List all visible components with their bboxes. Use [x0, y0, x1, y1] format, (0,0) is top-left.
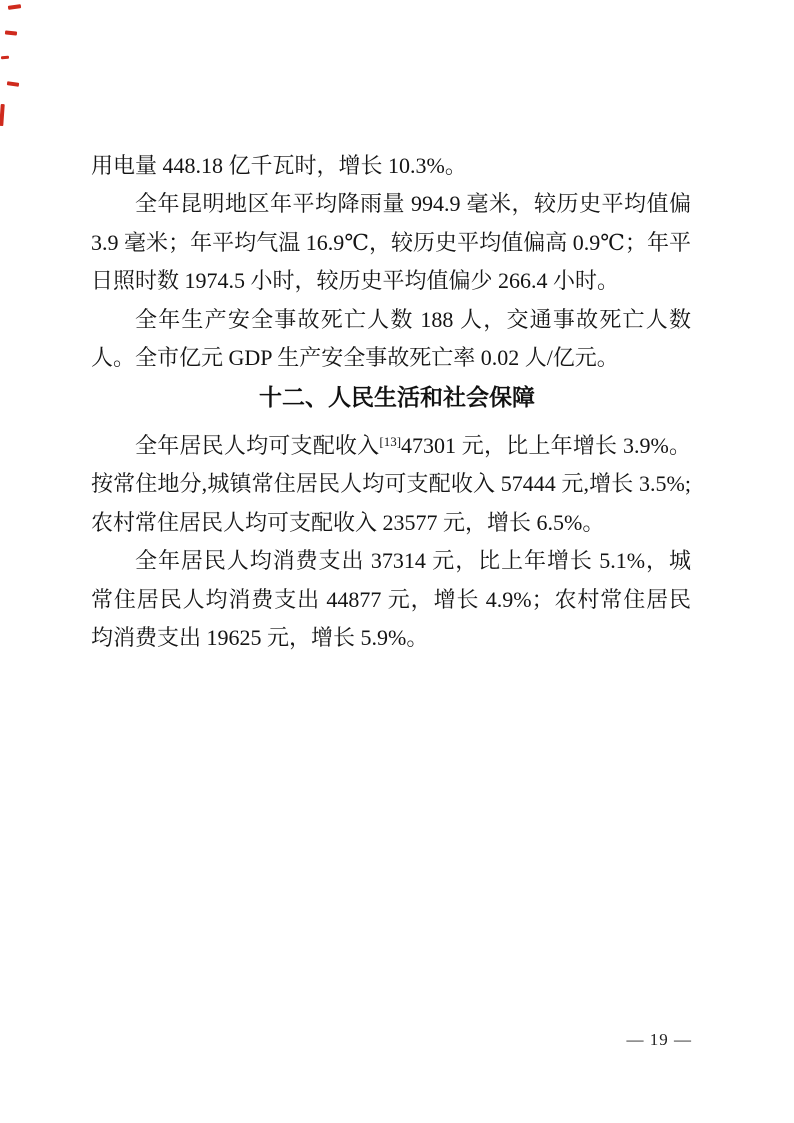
body-line: 均消费支出 19625 元，增长 5.9%。: [91, 619, 691, 657]
page-number: — 19 —: [627, 1030, 693, 1050]
body-block-income-consumption: 全年居民人均可支配收入[13]47301 元，比上年增长 3.9%。 按常住地分…: [91, 427, 691, 657]
body-line: 按常住地分,城镇常住居民人均可支配收入 57444 元,增长 3.5%;: [91, 465, 691, 503]
body-line: 日照时数 1974.5 小时，较历史平均值偏少 266.4 小时。: [91, 262, 691, 300]
body-line: 全年昆明地区年平均降雨量 994.9 毫米，较历史平均值偏多: [91, 185, 691, 223]
red-mark-icon: [5, 30, 17, 35]
body-line: 全年居民人均可支配收入[13]47301 元，比上年增长 3.9%。: [91, 427, 691, 465]
red-mark-icon: [8, 4, 21, 10]
income-line-post: 47301 元，比上年增长 3.9%。: [401, 433, 691, 458]
body-line: 人。全市亿元 GDP 生产安全事故死亡率 0.02 人/亿元。: [91, 339, 691, 377]
section-heading: 十二、人民生活和社会保障: [0, 379, 794, 415]
body-line: 农村常住居民人均可支配收入 23577 元，增长 6.5%。: [91, 504, 691, 542]
body-line: 全年居民人均消费支出 37314 元，比上年增长 5.1%，城镇: [91, 542, 691, 580]
body-line: 常住居民人均消费支出 44877 元，增长 4.9%；农村常住居民人: [91, 581, 691, 619]
document-page: 用电量 448.18 亿千瓦时，增长 10.3%。 全年昆明地区年平均降雨量 9…: [0, 0, 794, 1123]
body-block-weather-safety: 用电量 448.18 亿千瓦时，增长 10.3%。 全年昆明地区年平均降雨量 9…: [91, 147, 691, 377]
red-mark-icon: [1, 56, 9, 60]
body-line: 全年生产安全事故死亡人数 188 人，交通事故死亡人数 309: [91, 301, 691, 339]
red-mark-icon: [7, 81, 19, 87]
income-line-pre: 全年居民人均可支配收入: [135, 433, 379, 458]
footnote-reference: [13]: [379, 434, 401, 449]
body-line: 用电量 448.18 亿千瓦时，增长 10.3%。: [91, 147, 691, 185]
red-mark-icon: [0, 104, 5, 126]
body-line: 3.9 毫米；年平均气温 16.9℃，较历史平均值偏高 0.9℃；年平均: [91, 224, 691, 262]
